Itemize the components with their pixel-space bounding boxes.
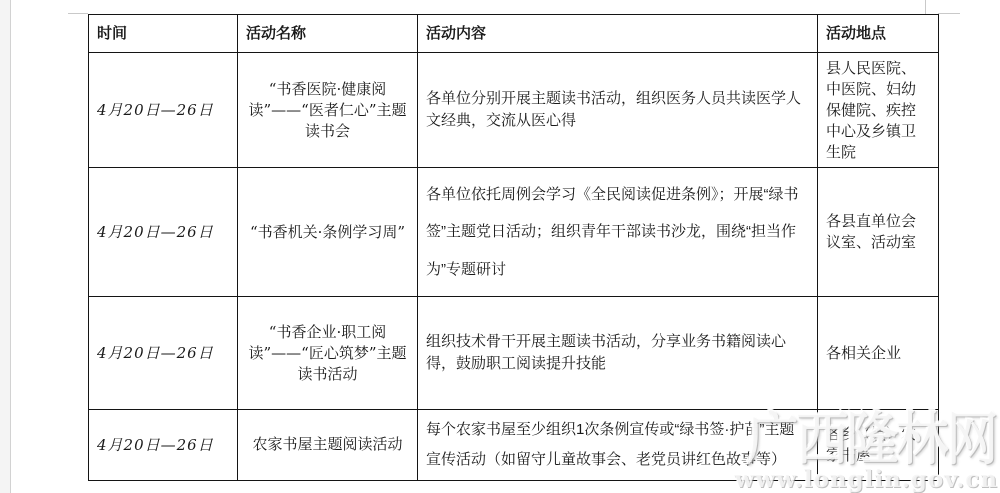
cell-activity-location: 各乡（镇）农家书屋 [818, 410, 939, 481]
cell-activity-location: 各县直单位会议室、活动室 [818, 168, 939, 297]
layout-mark [68, 13, 88, 14]
cell-activity-location: 各相关企业 [818, 297, 939, 410]
cell-time: 4月20日—26日 [89, 168, 238, 297]
header-activity-location: 活动地点 [818, 15, 939, 53]
table-row: 4月20日—26日 “书香机关·条例学习周” 各单位依托周例会学习《全民阅读促进… [89, 168, 939, 297]
table-row: 4月20日—26日 “书香企业·职工阅读”——“匠心筑梦”主题读书活动 组织技术… [89, 297, 939, 410]
cell-activity-location: 县人民医院、中医院、妇幼保健院、疾控中心及乡镇卫生院 [818, 53, 939, 168]
header-time: 时间 [89, 15, 238, 53]
cell-time: 4月20日—26日 [89, 410, 238, 481]
table-row: 4月20日—26日 农家书屋主题阅读活动 每个农家书屋至少组织1次条例宣传或“绿… [89, 410, 939, 481]
header-activity-content: 活动内容 [418, 15, 818, 53]
layout-mark [925, 0, 926, 14]
document-page: 时间 活动名称 活动内容 活动地点 4月20日—26日 “书香医院·健康阅读”—… [0, 0, 1000, 493]
table-row: 4月20日—26日 “书香医院·健康阅读”——“医者仁心”主题读书会 各单位分别… [89, 53, 939, 168]
cell-activity-content: 各单位依托周例会学习《全民阅读促进条例》；开展“绿书签”主题党日活动；组织青年干… [418, 168, 818, 297]
cell-activity-name: “书香企业·职工阅读”——“匠心筑梦”主题读书活动 [238, 297, 418, 410]
cell-activity-name: “书香医院·健康阅读”——“医者仁心”主题读书会 [238, 53, 418, 168]
cell-time: 4月20日—26日 [89, 53, 238, 168]
cell-activity-content: 组织技术骨干开展主题读书活动，分享业务书籍阅读心得，鼓励职工阅读提升技能 [418, 297, 818, 410]
header-activity-name: 活动名称 [238, 15, 418, 53]
cell-activity-content: 各单位分别开展主题读书活动，组织医务人员共读医学人文经典，交流从医心得 [418, 53, 818, 168]
cell-activity-name: 农家书屋主题阅读活动 [238, 410, 418, 481]
table-header-row: 时间 活动名称 活动内容 活动地点 [89, 15, 939, 53]
cell-activity-content: 每个农家书屋至少组织1次条例宣传或“绿书签·护苗”主题宣传活动（如留守儿童故事会… [418, 410, 818, 481]
cell-time: 4月20日—26日 [89, 297, 238, 410]
cell-activity-name: “书香机关·条例学习周” [238, 168, 418, 297]
layout-mark [938, 13, 960, 14]
activity-schedule-table: 时间 活动名称 活动内容 活动地点 4月20日—26日 “书香医院·健康阅读”—… [88, 14, 939, 481]
page-edge [0, 0, 11, 493]
